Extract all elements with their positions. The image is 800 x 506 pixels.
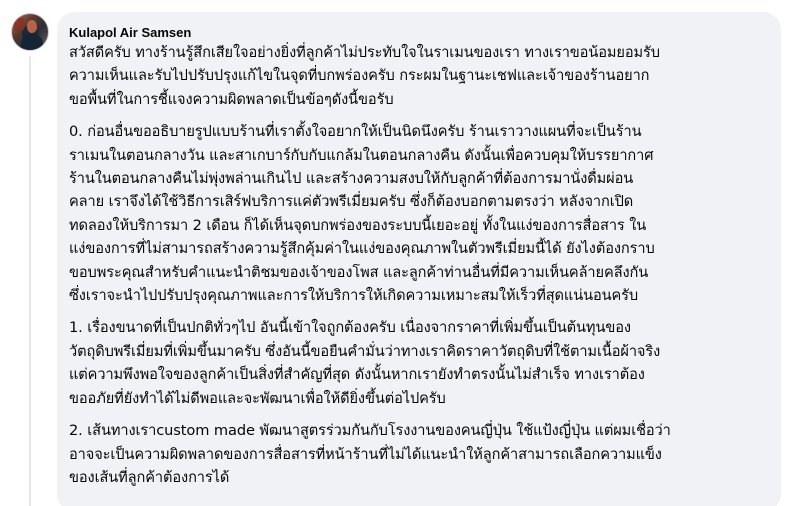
comment-paragraph-intro: สวัสดีครับ ทางร้านรู้สึกเสียใจอย่างยิ่งท… [69,41,769,111]
comment-bubble: Kulapol Air Samsen สวัสดีครับ ทางร้านรู้… [57,12,781,506]
thread-connector-line [29,56,31,506]
comment-paragraph-point-1: 1. เรื่องขนาดที่เป็นปกติทั่วๆไป อันนี้เข… [69,316,769,410]
avatar-photo-head [27,21,37,33]
avatar[interactable] [11,13,49,51]
comment-paragraph-point-0: 0. ก่อนอื่นขออธิบายรูปแบบร้านที่เราตั้งใ… [69,120,769,307]
comment-author-name[interactable]: Kulapol Air Samsen [69,25,191,41]
comment-paragraph-point-2: 2. เส้นทางเราcustom made พัฒนาสูตรร่วมกั… [69,419,769,489]
avatar-photo-figure [21,34,43,51]
avatar-photo-background [14,18,24,30]
